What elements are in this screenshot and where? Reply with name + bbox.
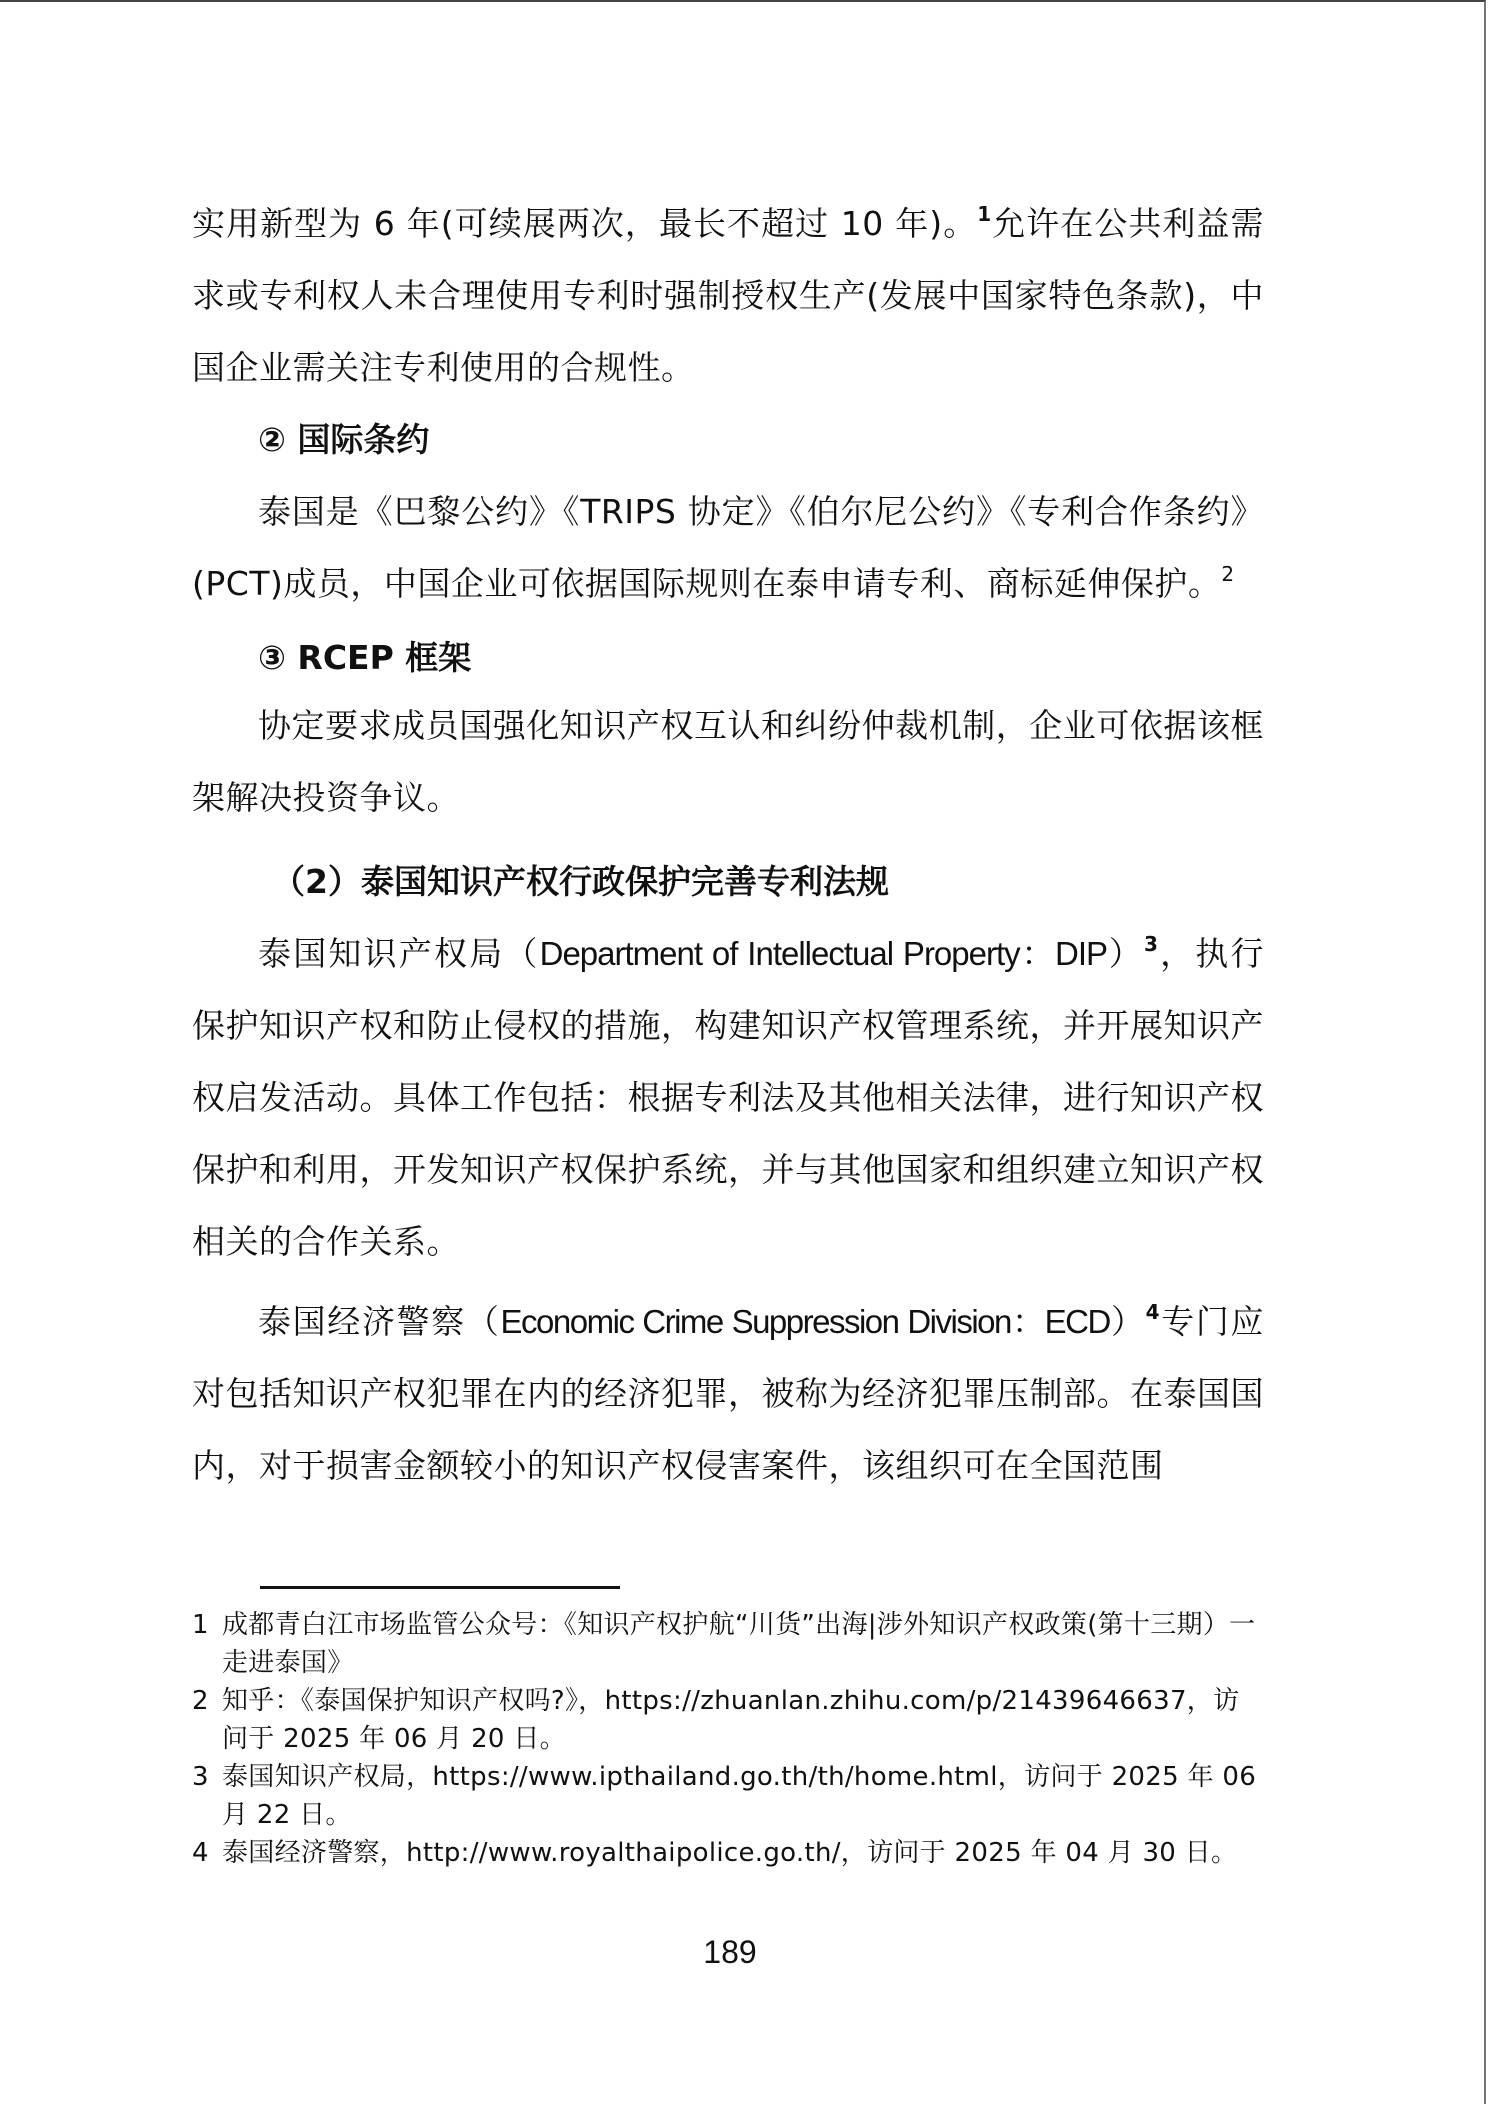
footnote-text: 成都青白江市场监管公众号：《知识产权护航“川货”出海|涉外知识产权政策(第十三期… [222,1610,1255,1678]
page-number: 189 [0,1934,1460,1971]
footnote-4: 4泰国经济警察，http://www.royalthaipolice.go.th… [192,1834,1264,1872]
footnote-ref-1[interactable]: 1 [977,202,991,226]
footnote-number: 1 [192,1606,222,1644]
paragraph-treaties: 泰国是《巴黎公约》《TRIPS 协定》《伯尔尼公约》《专利合作条约》(PCT)成… [192,476,1264,620]
paragraph-text: ） [1110,1302,1146,1341]
footnote-ref-4[interactable]: 4 [1146,1300,1160,1324]
dip-name: Department of Intellectual Property：DIP [540,935,1107,972]
paragraph-text: 泰国是《巴黎公约》《TRIPS 协定》《伯尔尼公约》《专利合作条约》(PCT)成… [192,492,1264,603]
footnote-text[interactable]: 知乎：《泰国保护知识产权吗?》，https://zhuanlan.zhihu.c… [222,1686,1239,1754]
document-page: 实用新型为 6 年(可续展两次，最长不超过 10 年)。1允许在公共利益需求或专… [0,0,1486,2104]
paragraph-text: 实用新型为 6 年(可续展两次，最长不超过 10 年)。 [192,204,977,243]
paragraph-ecd: 泰国经济警察（Economic Crime Suppression Divisi… [192,1286,1264,1502]
paragraph-dip: 泰国知识产权局（Department of Intellectual Prope… [192,918,1264,1278]
footnotes: 1成都青白江市场监管公众号：《知识产权护航“川货”出海|涉外知识产权政策(第十三… [192,1606,1264,1872]
paragraph-text: 泰国经济警察（ [258,1302,501,1341]
footnote-ref-2[interactable]: 2 [1221,562,1234,586]
heading-rcep-framework: ③ RCEP 框架 [192,622,1264,694]
ecd-name: Economic Crime Suppression Division：ECD [501,1303,1110,1340]
footnote-2: 2知乎：《泰国保护知识产权吗?》，https://zhuanlan.zhihu.… [192,1682,1264,1758]
paragraph-patent-term: 实用新型为 6 年(可续展两次，最长不超过 10 年)。1允许在公共利益需求或专… [192,188,1264,404]
footnote-text[interactable]: 泰国知识产权局，https://www.ipthailand.go.th/th/… [222,1762,1256,1830]
footnote-ref-3[interactable]: 3 [1144,932,1158,956]
footnote-3: 3泰国知识产权局，https://www.ipthailand.go.th/th… [192,1758,1264,1834]
footnote-1: 1成都青白江市场监管公众号：《知识产权护航“川货”出海|涉外知识产权政策(第十三… [192,1606,1264,1682]
paragraph-text: ，执行保护知识产权和防止侵权的措施，构建知识产权管理系统，并开展知识产权启发活动… [192,934,1264,1261]
paragraph-text: ） [1107,934,1144,973]
footnote-number: 2 [192,1682,222,1720]
footnote-number: 3 [192,1758,222,1796]
footnote-separator [260,1586,620,1589]
paragraph-rcep: 协定要求成员国强化知识产权互认和纠纷仲裁机制，企业可依据该框架解决投资争议。 [192,690,1264,834]
footnote-text[interactable]: 泰国经济警察，http://www.royalthaipolice.go.th/… [222,1838,1237,1868]
body-text: 实用新型为 6 年(可续展两次，最长不超过 10 年)。1允许在公共利益需求或专… [192,188,1264,1502]
footnote-number: 4 [192,1834,222,1872]
heading-international-treaties: ② 国际条约 [192,404,1264,476]
paragraph-text: 泰国知识产权局（ [258,934,540,973]
heading-section-2: （2）泰国知识产权行政保护完善专利法规 [192,846,1264,918]
